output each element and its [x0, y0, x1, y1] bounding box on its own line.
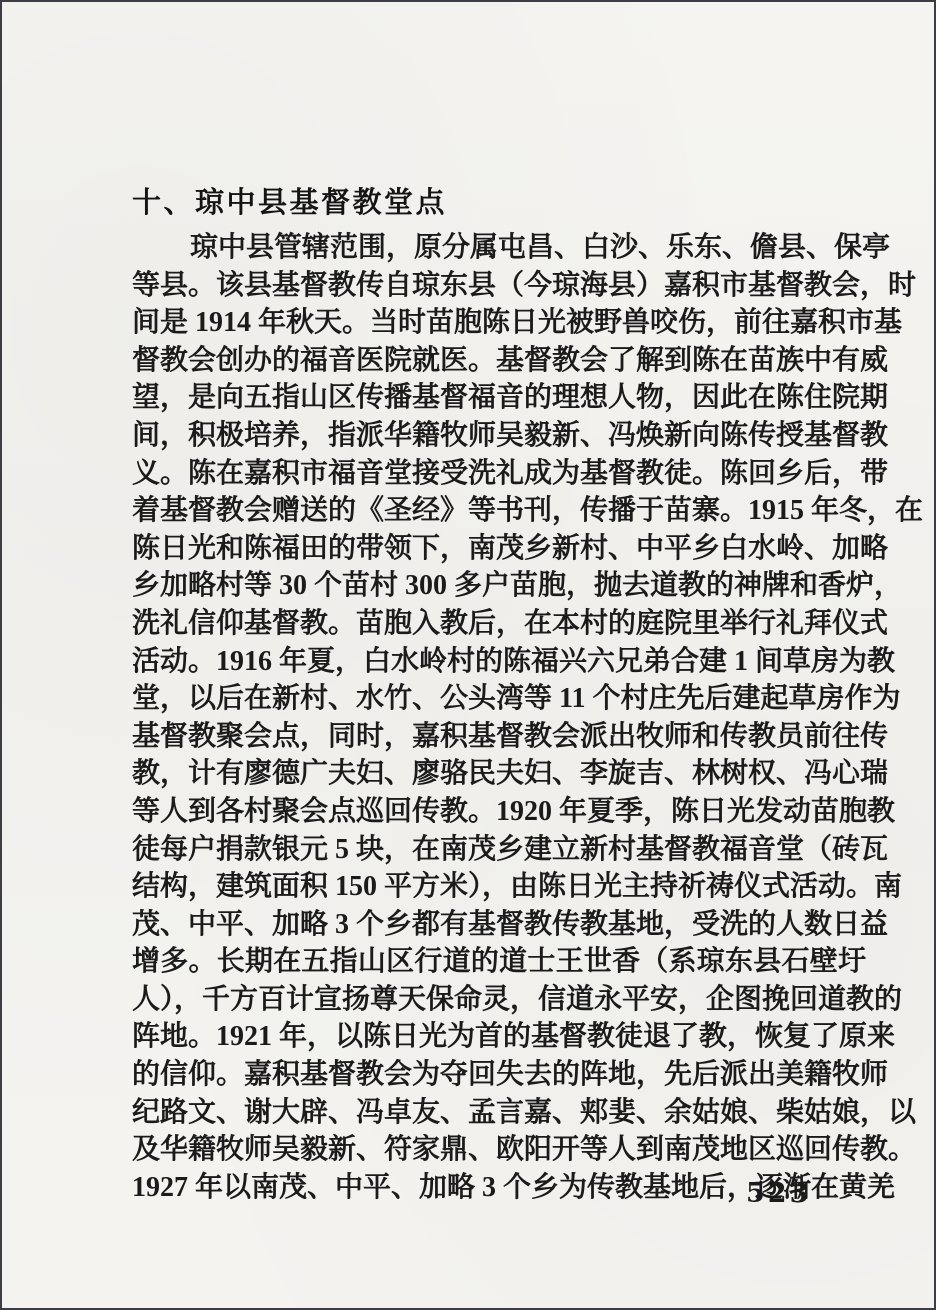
text-line: 的信仰。嘉积基督教会为夺回失去的阵地，先后派出美籍牧师: [132, 1056, 866, 1094]
text-line: 着基督教会赠送的《圣经》等书刊，传播于苗寨。1915 年冬，在: [132, 492, 866, 530]
text-line: 结构，建筑面积 150 平方米），由陈日光主持祈祷仪式活动。南: [132, 868, 866, 906]
text-line: 活动。1916 年夏，白水岭村的陈福兴六兄弟合建 1 间草房为教: [132, 643, 866, 681]
text-line: 义。陈在嘉积市福音堂接受洗礼成为基督教徒。陈回乡后，带: [132, 455, 866, 493]
page-number: 523: [746, 1178, 811, 1209]
text-line: 及华籍牧师吴毅新、符家鼎、欧阳开等人到南茂地区巡回传教。: [132, 1131, 866, 1169]
text-line: 茂、中平、加略 3 个乡都有基督教传教基地，受洗的人数日益: [132, 906, 866, 944]
text-line: 乡加略村等 30 个苗村 300 多户苗胞，抛去道教的神牌和香炉，: [132, 567, 866, 605]
text-line: 间，积极培养，指派华籍牧师吴毅新、冯焕新向陈传授基督教: [132, 417, 866, 455]
text-line: 增多。长期在五指山区行道的道士王世香（系琼东县石壁圩: [132, 943, 866, 981]
text-line: 琼中县管辖范围，原分属屯昌、白沙、乐东、儋县、保亭: [132, 229, 866, 267]
text-line: 等人到各村聚会点巡回传教。1920 年夏季，陈日光发动苗胞教: [132, 793, 866, 831]
text-line: 堂，以后在新村、水竹、公头湾等 11 个村庄先后建起草房作为: [132, 680, 866, 718]
text-line: 洗礼信仰基督教。苗胞入教后，在本村的庭院里举行礼拜仪式: [132, 605, 866, 643]
text-line: 教，计有廖德广夫妇、廖骆民夫妇、李旋吉、林树权、冯心瑞: [132, 755, 866, 793]
text-line: 陈日光和陈福田的带领下，南茂乡新村、中平乡白水岭、加略: [132, 530, 866, 568]
section-heading: 十、琼中县基督教堂点: [132, 180, 447, 221]
text-line: 徒每户捐款银元 5 块，在南茂乡建立新村基督教福音堂（砖瓦: [132, 831, 866, 869]
text-line: 阵地。1921 年，以陈日光为首的基督教徒退了教，恢复了原来: [132, 1018, 866, 1056]
text-line: 间是 1914 年秋天。当时苗胞陈日光被野兽咬伤，前往嘉积市基: [132, 304, 866, 342]
text-line: 基督教聚会点，同时，嘉积基督教会派出牧师和传教员前往传: [132, 718, 866, 756]
body-text-block: 琼中县管辖范围，原分属屯昌、白沙、乐东、儋县、保亭 等县。该县基督教传自琼东县（…: [132, 229, 866, 1206]
scanned-book-page: 十、琼中县基督教堂点 琼中县管辖范围，原分属屯昌、白沙、乐东、儋县、保亭 等县。…: [0, 0, 936, 1310]
text-line: 纪路文、谢大辟、冯卓友、孟言嘉、郏婓、余姑娘、柴姑娘，以: [132, 1094, 866, 1132]
text-line: 望，是向五指山区传播基督福音的理想人物，因此在陈住院期: [132, 379, 866, 417]
text-line: 督教会创办的福音医院就医。基督教会了解到陈在苗族中有威: [132, 342, 866, 380]
text-line: 等县。该县基督教传自琼东县（今琼海县）嘉积市基督教会，时: [132, 267, 866, 305]
text-line: 人），千方百计宣扬尊天保命灵，信道永平安，企图挽回道教的: [132, 981, 866, 1019]
